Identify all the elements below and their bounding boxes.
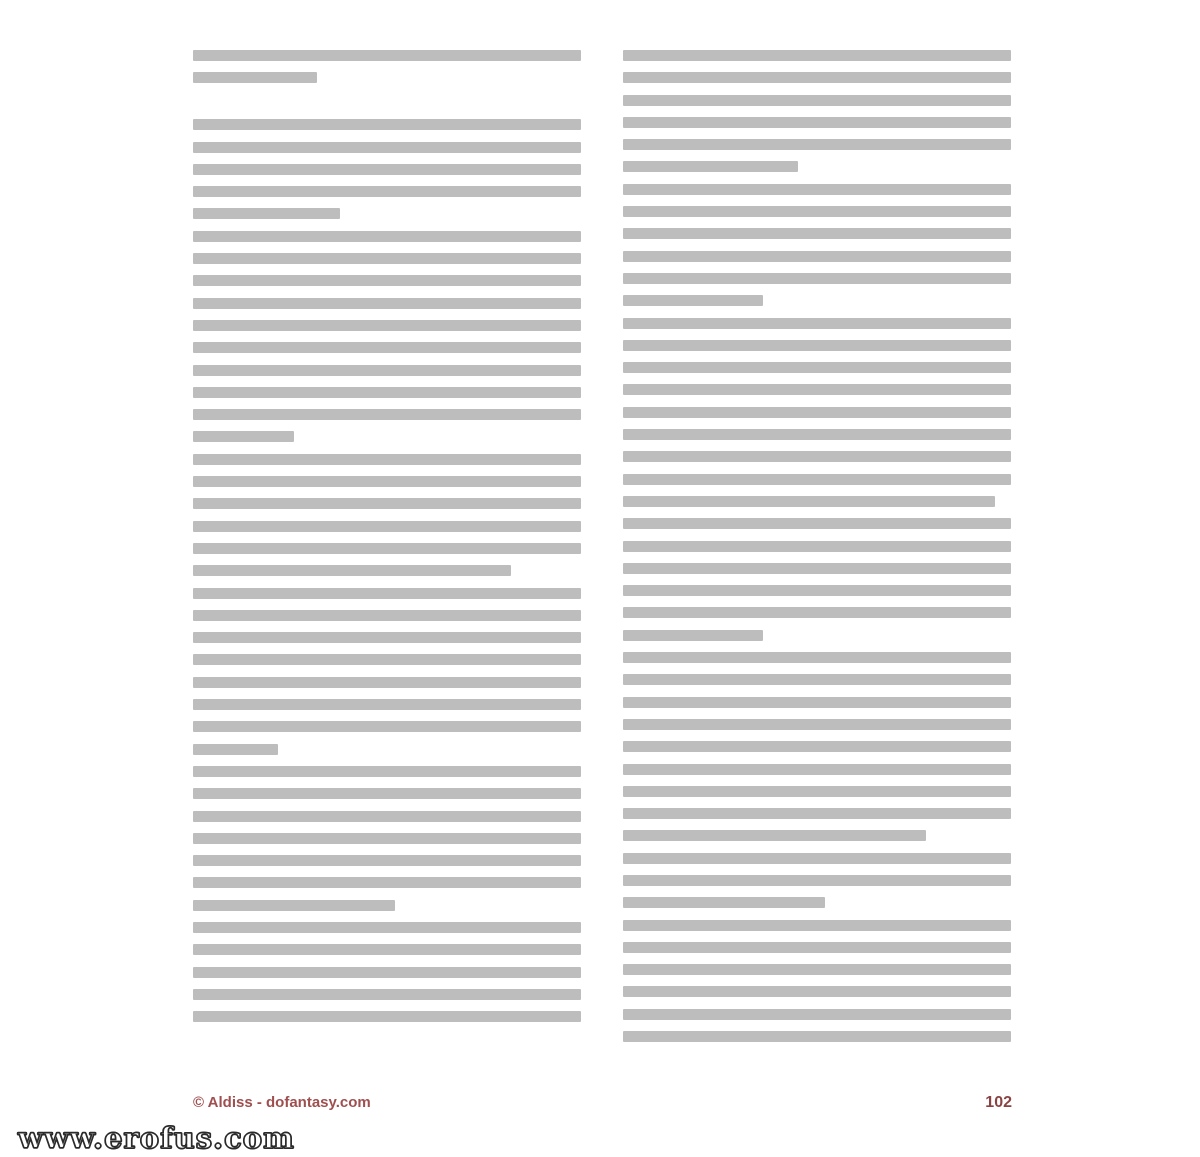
redacted-text-line: [623, 585, 1011, 596]
redacted-text-line: [193, 164, 581, 175]
redacted-text-line: [193, 565, 511, 576]
redacted-text-line: [623, 853, 1011, 864]
redacted-text-line: [623, 920, 1011, 931]
redacted-text-line: [623, 897, 825, 908]
redacted-text-line: [193, 119, 581, 130]
redacted-text-line: [623, 384, 1011, 395]
redacted-text-line: [623, 496, 995, 507]
redacted-text-line: [623, 1031, 1011, 1042]
redacted-text-line: [623, 563, 1011, 574]
redacted-text-line: [623, 630, 763, 641]
redacted-text-line: [193, 275, 581, 286]
redacted-text-line: [623, 72, 1011, 83]
redacted-text-line: [193, 721, 581, 732]
redacted-paragraph: [623, 920, 1011, 1042]
redacted-text-line: [623, 206, 1011, 217]
redacted-text-line: [623, 764, 1011, 775]
redacted-text-line: [193, 699, 581, 710]
redacted-text-line: [193, 543, 581, 554]
copyright-footer: © Aldiss - dofantasy.com: [193, 1094, 371, 1111]
redacted-text-line: [193, 967, 581, 978]
redacted-text-line: [193, 253, 581, 264]
redacted-text-line: [623, 95, 1011, 106]
redacted-text-line: [623, 697, 1011, 708]
redacted-text-line: [623, 964, 1011, 975]
redacted-text-line: [623, 251, 1011, 262]
redacted-text-line: [623, 117, 1011, 128]
redacted-text-line: [193, 208, 340, 219]
redacted-text-line: [623, 786, 1011, 797]
page-number: 102: [985, 1094, 1012, 1112]
redacted-paragraph: [623, 652, 1011, 841]
redacted-text-line: [193, 744, 278, 755]
redacted-text-line: [193, 186, 581, 197]
redacted-text-line: [623, 362, 1011, 373]
redacted-text-line: [623, 719, 1011, 730]
redacted-paragraph: [193, 922, 581, 1022]
page-footer: © Aldiss - dofantasy.com 102: [193, 1094, 1012, 1112]
redacted-text-line: [623, 541, 1011, 552]
redacted-text-line: [193, 811, 581, 822]
text-columns: [193, 50, 1011, 1053]
redacted-text-line: [623, 830, 926, 841]
redacted-paragraph: [623, 184, 1011, 306]
redacted-text-line: [623, 407, 1011, 418]
redacted-text-line: [193, 944, 581, 955]
text-column-right: [623, 50, 1011, 1053]
redacted-paragraph: [193, 766, 581, 911]
redacted-text-line: [193, 855, 581, 866]
redacted-text-line: [623, 429, 1011, 440]
redacted-text-line: [623, 518, 1011, 529]
redacted-text-line: [193, 989, 581, 1000]
redacted-text-line: [193, 677, 581, 688]
redacted-text-line: [193, 877, 581, 888]
redacted-text-line: [623, 340, 1011, 351]
redacted-paragraph: [193, 588, 581, 755]
redacted-text-line: [193, 922, 581, 933]
redacted-text-line: [193, 431, 294, 442]
redacted-text-line: [193, 632, 581, 643]
redacted-text-line: [193, 142, 581, 153]
redacted-text-line: [193, 72, 317, 83]
redacted-text-line: [623, 50, 1011, 61]
redacted-text-line: [623, 808, 1011, 819]
text-column-left: [193, 50, 581, 1053]
redacted-text-line: [193, 766, 581, 777]
redacted-text-line: [623, 986, 1011, 997]
redacted-text-line: [193, 498, 581, 509]
redacted-text-line: [623, 474, 1011, 485]
redacted-paragraph: [623, 518, 1011, 640]
redacted-text-line: [193, 1011, 581, 1022]
redacted-text-line: [193, 788, 581, 799]
redacted-text-line: [623, 451, 1011, 462]
redacted-text-line: [193, 365, 581, 376]
redacted-paragraph: [623, 50, 1011, 172]
redacted-paragraph: [193, 50, 581, 83]
redacted-text-line: [193, 476, 581, 487]
redacted-text-line: [193, 521, 581, 532]
redacted-paragraph: [193, 119, 581, 219]
redacted-paragraph: [193, 231, 581, 443]
redacted-text-line: [193, 320, 581, 331]
redacted-paragraph: [193, 454, 581, 576]
redacted-text-line: [193, 409, 581, 420]
redacted-text-line: [623, 875, 1011, 886]
redacted-text-line: [193, 50, 581, 61]
watermark: www.erofus.com: [18, 1121, 295, 1155]
redacted-text-line: [193, 654, 581, 665]
redacted-text-line: [623, 228, 1011, 239]
redacted-text-line: [193, 900, 395, 911]
redacted-text-line: [623, 318, 1011, 329]
redacted-text-line: [623, 1009, 1011, 1020]
redacted-text-line: [193, 298, 581, 309]
redacted-text-line: [623, 942, 1011, 953]
redacted-text-line: [623, 273, 1011, 284]
redacted-text-line: [623, 741, 1011, 752]
redacted-text-line: [193, 231, 581, 242]
redacted-paragraph: [623, 318, 1011, 507]
redacted-text-line: [193, 387, 581, 398]
redacted-text-line: [623, 674, 1011, 685]
redacted-text-line: [623, 139, 1011, 150]
document-page: © Aldiss - dofantasy.com 102 www.erofus.…: [0, 0, 1200, 1157]
redacted-text-line: [623, 184, 1011, 195]
redacted-text-line: [623, 652, 1011, 663]
redacted-text-line: [193, 833, 581, 844]
redacted-text-line: [193, 454, 581, 465]
redacted-text-line: [193, 588, 581, 599]
redacted-text-line: [193, 342, 581, 353]
redacted-text-line: [623, 295, 763, 306]
redacted-text-line: [193, 610, 581, 621]
redacted-text-line: [623, 161, 798, 172]
redacted-paragraph: [623, 853, 1011, 909]
redacted-text-line: [623, 607, 1011, 618]
